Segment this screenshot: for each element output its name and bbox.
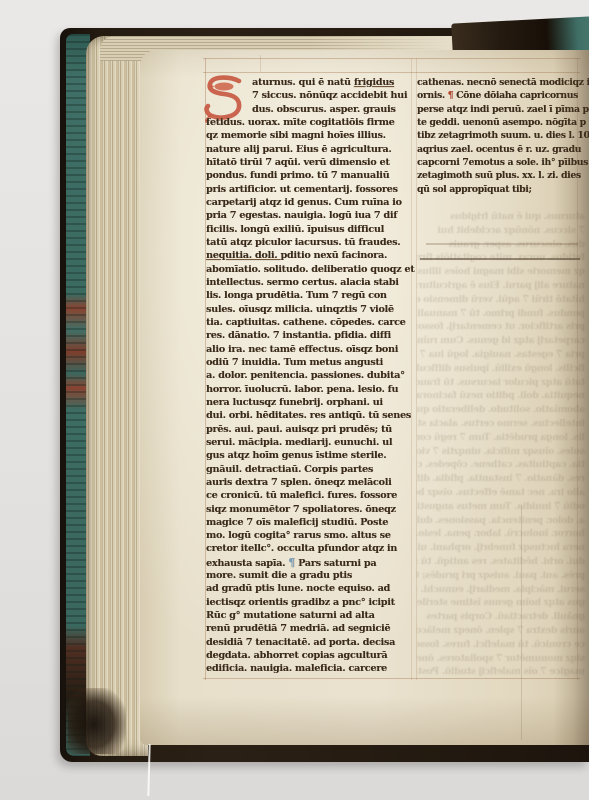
worn-cover-corner	[68, 688, 126, 754]
left-text-column: aturnus. qui ē natū frigidus7 siccus. nō…	[206, 76, 418, 676]
manuscript-line: horror. īuolucrū. labor. pena. lesio. fu	[206, 383, 418, 396]
manuscript-line: pondus. fundi primo. tū 7 manualiū	[206, 169, 418, 182]
manuscript-line: lis. longa prudētia. Tum 7 regū con	[206, 289, 418, 302]
manuscript-line: sules. oīusqz milicia. uinqztis 7 violē	[206, 303, 418, 316]
manuscript-line: renū prudētiā 7 medriā. ad segniciē	[206, 622, 418, 635]
hanging-thread	[147, 744, 150, 796]
manuscript-line: intellectus. sermo certus. alacia stabi	[206, 276, 418, 289]
manuscript-line: pris artificior. ut cementarij. fossores	[206, 183, 418, 196]
manuscript-line: ad gradū ptis lune. nocte equiso. ad	[206, 582, 418, 595]
manuscript-line: res. dānatio. 7 instantia. pfidia. diffi	[206, 329, 418, 342]
manuscript-line: fetidus. uorax. mīte cogitatiōis firme	[206, 116, 418, 129]
manuscript-line: mo. logū cogita° rarus smo. altus se	[206, 529, 418, 542]
manuscript-line: tatū atqz piculor iacursus. tū fraudes.	[206, 236, 418, 249]
manuscript-line: alio ira. nec tamē effectus. oīsqz boni	[206, 343, 418, 356]
manuscript-line: cretor itellc°. occulta pfundor atqz in	[206, 542, 418, 555]
ruling-tick-top-margin	[260, 55, 261, 72]
manuscript-line: nature alij parui. Eius ē agricultura.	[206, 143, 418, 156]
manuscript-line: carpetarij atqz id genus. Cum ruīna io	[206, 196, 418, 209]
manuscript-line: serui. mācipia. mediarij. eunuchi. ul	[206, 436, 418, 449]
gutter-shadow	[553, 50, 589, 745]
manuscript-line: exhausta sapīa. ¶ Pars saturni pa	[206, 556, 418, 569]
manuscript-line: hītatō tirūi 7 aqūi. verū dimensio et	[206, 156, 418, 169]
manuscript-line: magice 7 oīs maleficij studiū. Poste	[206, 516, 418, 529]
manuscript-line: 7 siccus. nōnūqz accidebit hui	[206, 89, 418, 102]
manuscript-line: auris dextra 7 splen. ōneqz melācoli	[206, 476, 418, 489]
page-crease	[521, 505, 522, 740]
manuscript-line: tia. captiuitas. cathene. cōpedes. carce	[206, 316, 418, 329]
manuscript-line: odiū 7 inuidia. Tum metus angusti	[206, 356, 418, 369]
manuscript-line: desidiā 7 tenacitatē. ad porta. decisa	[206, 636, 418, 649]
manuscript-line: prēs. aui. paui. auisqz pri prudēs; tū	[206, 423, 418, 436]
manuscript-line: nera luctusqz funebrij. orphani. ui	[206, 396, 418, 409]
manuscript-line: Rūc g° mutatione saturni ad alta	[206, 609, 418, 622]
manuscript-line: pria 7 egestas. nauigia. logū iua 7 dif	[206, 209, 418, 222]
manuscript-line: dui. orbi. hēditates. res antiqū. tū sen…	[206, 409, 418, 422]
manuscript-line: more. sumit die a gradu ptis	[206, 569, 418, 582]
manuscript-line: degdata. abhorret copias agculturā	[206, 649, 418, 662]
manuscript-line: siqz monumētor 7 spoliatores. ōneqz	[206, 503, 418, 516]
manuscript-line: dus. obscurus. asper. grauis	[206, 103, 418, 116]
manuscript-photo: aturnus. qui ē natū frigidus7 siccus. nō…	[0, 0, 589, 800]
manuscript-line: gus atqz hoīm genus īstime sterile.	[206, 449, 418, 462]
page-stack-fore-edge	[86, 36, 148, 756]
manuscript-line: abomīatio. solitudo. deliberatio quoqz e…	[206, 263, 418, 276]
manuscript-line: qz memorie sibi magni hoīes illius.	[206, 129, 418, 142]
manuscript-line: edificia. nauigia. maleficia. carcere	[206, 662, 418, 675]
manuscript-line: nequitia. doli. pditio nexū facinora.	[206, 249, 418, 262]
manuscript-line: iectisqz orientis gradibz a pnc° icipit	[206, 596, 418, 609]
manuscript-line: ce cronicū. tū malefici. fures. fossore	[206, 489, 418, 502]
manuscript-line: a. dolor. penitencia. passiones. dubita°	[206, 369, 418, 382]
manuscript-line: ficilis. longū exiliū. īpuisus difficul	[206, 223, 418, 236]
ruling-line-header	[203, 72, 580, 73]
manuscript-line: gnāuil. detractiaū. Corpis partes	[206, 463, 418, 476]
parchment-page: aturnus. qui ē natū frigidus7 siccus. nō…	[140, 50, 589, 745]
manuscript-line: aturnus. qui ē natū frigidus	[206, 76, 418, 89]
